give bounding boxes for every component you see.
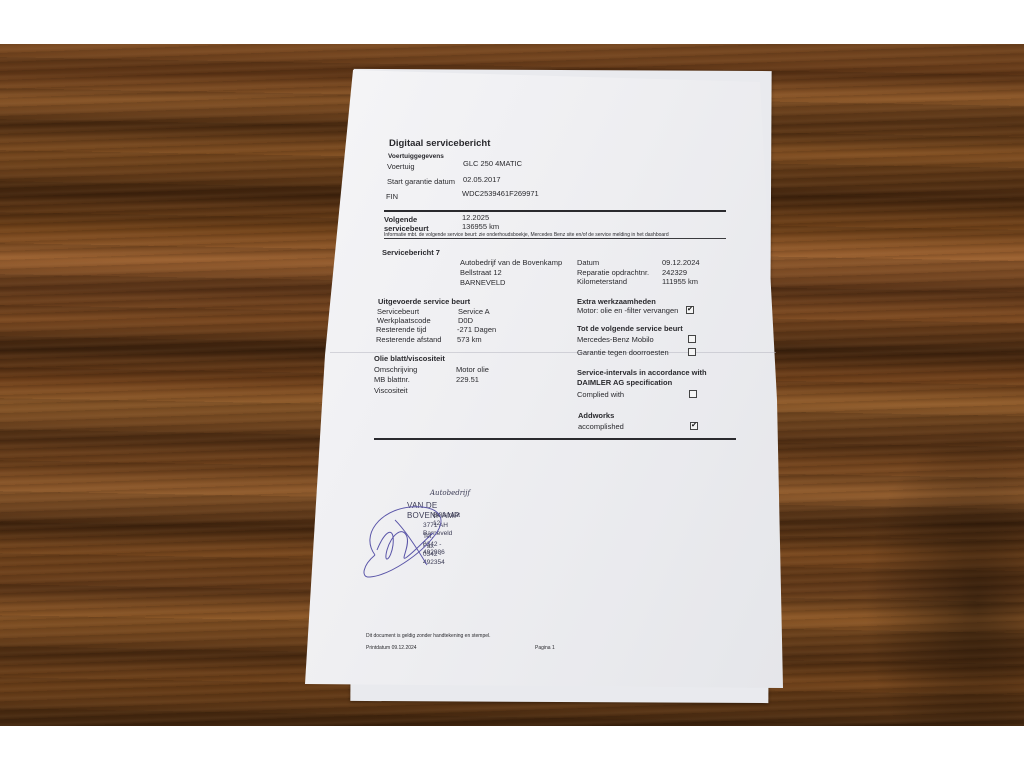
complied-with-label: Complied with (577, 390, 624, 399)
service-type-label: Servicebeurt (377, 307, 419, 316)
extra-work-checkbox[interactable]: ✔ (686, 306, 694, 314)
order-number-value: 242329 (662, 268, 687, 277)
intervals-heading-1: Service-intervals in accordance with (577, 368, 707, 377)
extra-work-item: Motor: olie en -filter vervangen (577, 306, 678, 315)
addworks-heading: Addworks (578, 411, 614, 420)
paper-fold-line (330, 352, 776, 353)
workshop-code-value: D0D (458, 316, 473, 325)
dealer-street: Bellstraat 12 (460, 268, 502, 277)
divider (374, 438, 736, 440)
divider (384, 210, 726, 212)
mb-sheet-number-label: MB blattnr. (374, 375, 410, 384)
accomplished-label: accomplished (578, 422, 624, 431)
shadow (864, 424, 1024, 724)
page-number: Pagina 1 (535, 645, 555, 651)
mileage-label: Kilometerstand (577, 277, 627, 286)
vehicle-label: Voertuig (387, 162, 415, 171)
signature (355, 495, 465, 590)
workshop-code-label: Werkplaatscode (377, 316, 431, 325)
date-label: Datum (577, 258, 599, 267)
remaining-time-label: Resterende tijd (376, 325, 426, 334)
viscosity-label: Viscositeit (374, 386, 408, 395)
mileage-value: 111955 km (662, 277, 698, 286)
footer-note: Dit document is geldig zonder handtekeni… (366, 633, 491, 639)
rust-warranty-label: Garantie tegen doorroesten (577, 348, 669, 357)
warranty-start-label: Start garantie datum (387, 177, 455, 186)
complied-with-checkbox[interactable] (689, 390, 697, 398)
next-service-date: 12.2025 (462, 213, 489, 222)
mobilo-checkbox[interactable] (688, 335, 696, 343)
until-next-heading: Tot de volgende service beurt (577, 324, 683, 333)
dealer-city: BARNEVELD (460, 278, 505, 287)
oil-heading: Olie blatt/viscositeit (374, 354, 445, 363)
rust-warranty-checkbox[interactable] (688, 348, 696, 356)
performed-service-heading: Uitgevoerde service beurt (378, 297, 470, 306)
mb-sheet-number-value: 229.51 (456, 375, 479, 384)
service-report-heading: Servicebericht 7 (382, 248, 440, 257)
next-service-km: 136955 km (462, 222, 499, 231)
order-number-label: Reparatie opdrachtnr. (577, 268, 649, 277)
fin-value: WDC2539461F269971 (462, 189, 539, 198)
remaining-distance-value: 573 km (457, 335, 482, 344)
oil-description-label: Omschrijving (374, 365, 417, 374)
divider (384, 238, 726, 239)
print-date: Printdatum 09.12.2024 (366, 645, 417, 651)
vehicle-heading: Voertuiggegevens (388, 153, 444, 161)
dealer-name: Autobedrijf van de Bovenkamp (460, 258, 562, 267)
date-value: 09.12.2024 (662, 258, 700, 267)
extra-work-heading: Extra werkzaamheden (577, 297, 656, 306)
remaining-time-value: -271 Dagen (457, 325, 496, 334)
remaining-distance-label: Resterende afstand (376, 335, 441, 344)
accomplished-checkbox[interactable]: ✔ (690, 422, 698, 430)
intervals-heading-2: DAIMLER AG specification (577, 378, 672, 387)
mobilo-label: Mercedes-Benz Mobilo (577, 335, 654, 344)
document-title: Digitaal servicebericht (389, 138, 490, 150)
vehicle-value: GLC 250 4MATIC (463, 159, 522, 168)
oil-description-value: Motor olie (456, 365, 489, 374)
warranty-start-value: 02.05.2017 (463, 175, 501, 184)
service-type-value: Service A (458, 307, 490, 316)
next-service-label-1: Volgende (384, 215, 417, 224)
fin-label: FIN (386, 192, 398, 201)
